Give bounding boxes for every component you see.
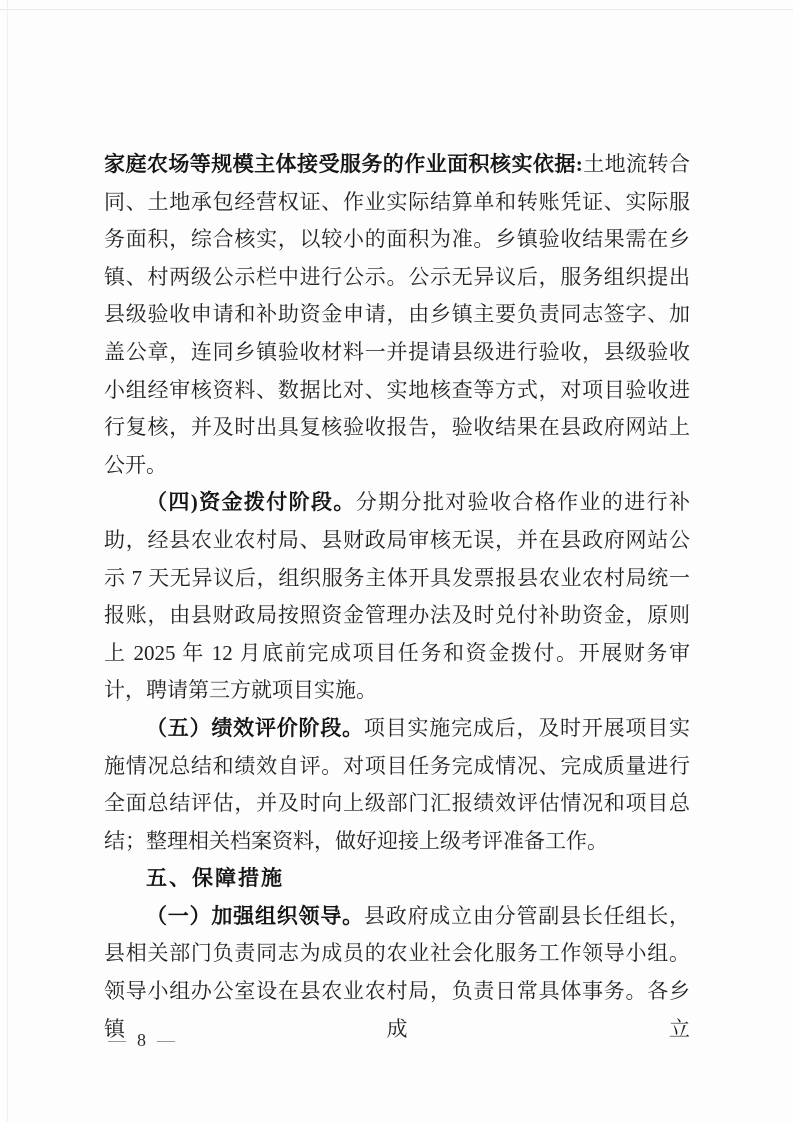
paragraph-fund-allocation-stage: （四)资金拨付阶段。分期分批对验收合格作业的进行补助，经县农业农村局、县财政局审… xyxy=(104,484,690,710)
page-footer: — 8 — xyxy=(108,1030,175,1051)
page-number-left-dash: — xyxy=(108,1030,126,1051)
paragraph-lead: 五、保障措施 xyxy=(146,867,284,890)
paragraph-text: 土地流转合同、土地承包经营权证、作业实际结算单和转账凭证、实际服务面积，综合核实… xyxy=(104,152,690,477)
paragraph-lead: （四)资金拨付阶段。 xyxy=(146,490,356,514)
document-page: 家庭农场等规模主体接受服务的作业面积核实依据:土地流转合同、土地承包经营权证、作… xyxy=(0,0,793,1122)
page-number: 8 xyxy=(137,1030,146,1051)
heading-safeguard-measures: 五、保障措施 xyxy=(104,860,690,898)
paragraph-text: 分期分批对验收合格作业的进行补助，经县农业农村局、县财政局审核无误，并在县政府网… xyxy=(104,490,690,702)
paragraph-lead: （一）加强组织领导。 xyxy=(146,904,364,928)
paragraph-performance-evaluation-stage: （五）绩效评价阶段。项目实施完成后，及时开展项目实施情况总结和绩效自评。对项目任… xyxy=(104,710,690,860)
page-number-right-dash: — xyxy=(157,1030,175,1051)
paragraph-acreage-verification: 家庭农场等规模主体接受服务的作业面积核实依据:土地流转合同、土地承包经营权证、作… xyxy=(104,146,690,484)
document-body: 家庭农场等规模主体接受服务的作业面积核实依据:土地流转合同、土地承包经营权证、作… xyxy=(104,146,690,1048)
paragraph-lead: 家庭农场等规模主体接受服务的作业面积核实依据: xyxy=(104,152,583,176)
paragraph-lead: （五）绩效评价阶段。 xyxy=(146,716,364,740)
paragraph-strengthen-leadership: （一）加强组织领导。县政府成立由分管副县长任组长，县相关部门负责同志为成员的农业… xyxy=(104,898,690,1048)
scan-artifact-left-edge xyxy=(7,0,8,1122)
scan-artifact-top-edge xyxy=(0,9,793,10)
